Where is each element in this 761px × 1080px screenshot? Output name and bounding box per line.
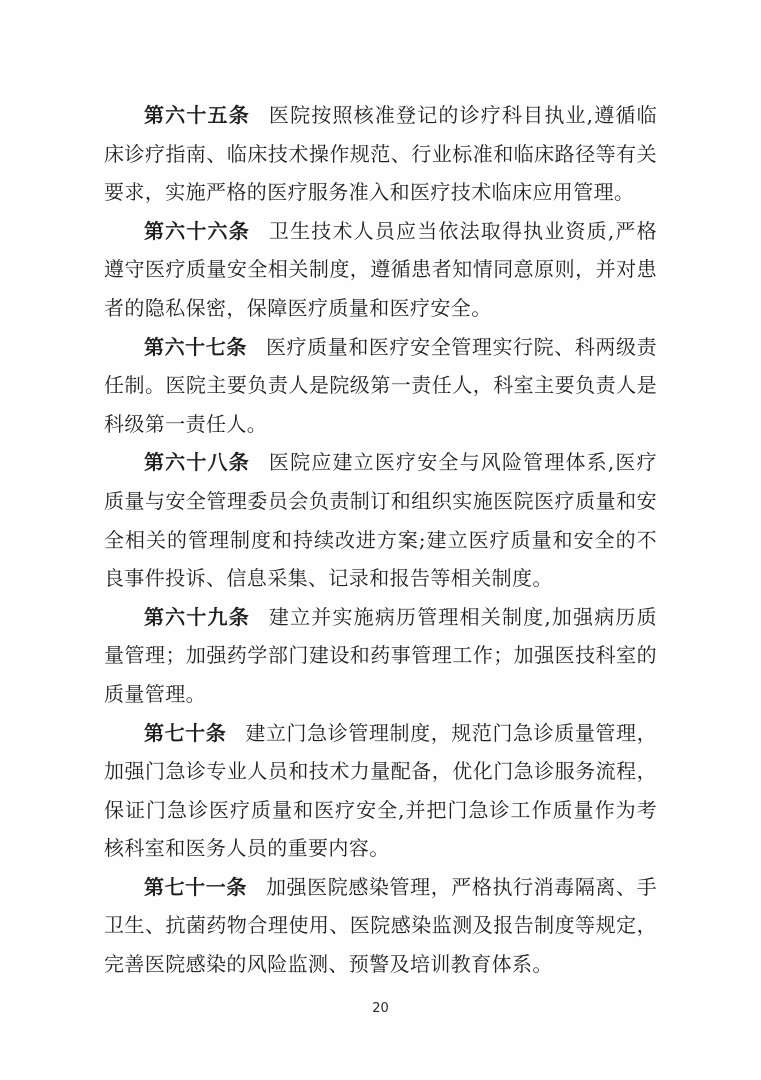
article-paragraph: 第六十九条建立并实施病历管理相关制度,加强病历质量管理；加强药学部门建设和药事管… xyxy=(104,598,657,714)
article-paragraph: 第六十七条医疗质量和医疗安全管理实行院、科两级责任制。医院主要负责人是院级第一责… xyxy=(104,328,657,444)
article-paragraph: 第七十条建立门急诊管理制度，规范门急诊质量管理，加强门急诊专业人员和技术力量配备… xyxy=(104,714,657,868)
article-number: 第六十六条 xyxy=(144,219,250,243)
article-number: 第六十八条 xyxy=(144,450,250,474)
article-paragraph: 第六十五条医院按照核准登记的诊疗科目执业,遵循临床诊疗指南、临床技术操作规范、行… xyxy=(104,96,657,212)
article-paragraph: 第六十六条卫生技术人员应当依法取得执业资质,严格遵守医疗质量安全相关制度，遵循患… xyxy=(104,212,657,328)
article-number: 第七十条 xyxy=(144,721,226,745)
article-number: 第六十九条 xyxy=(144,605,250,629)
page-number: 20 xyxy=(0,1001,761,1016)
article-number: 第六十七条 xyxy=(144,335,247,359)
article-number: 第七十一条 xyxy=(144,875,247,899)
article-paragraph: 第七十一条加强医院感染管理，严格执行消毒隔离、手卫生、抗菌药物合理使用、医院感染… xyxy=(104,868,657,984)
document-body: 第六十五条医院按照核准登记的诊疗科目执业,遵循临床诊疗指南、临床技术操作规范、行… xyxy=(104,96,657,984)
document-page: 第六十五条医院按照核准登记的诊疗科目执业,遵循临床诊疗指南、临床技术操作规范、行… xyxy=(0,0,761,1080)
article-number: 第六十五条 xyxy=(144,103,250,127)
article-paragraph: 第六十八条医院应建立医疗安全与风险管理体系,医疗质量与安全管理委员会负责制订和组… xyxy=(104,443,657,597)
